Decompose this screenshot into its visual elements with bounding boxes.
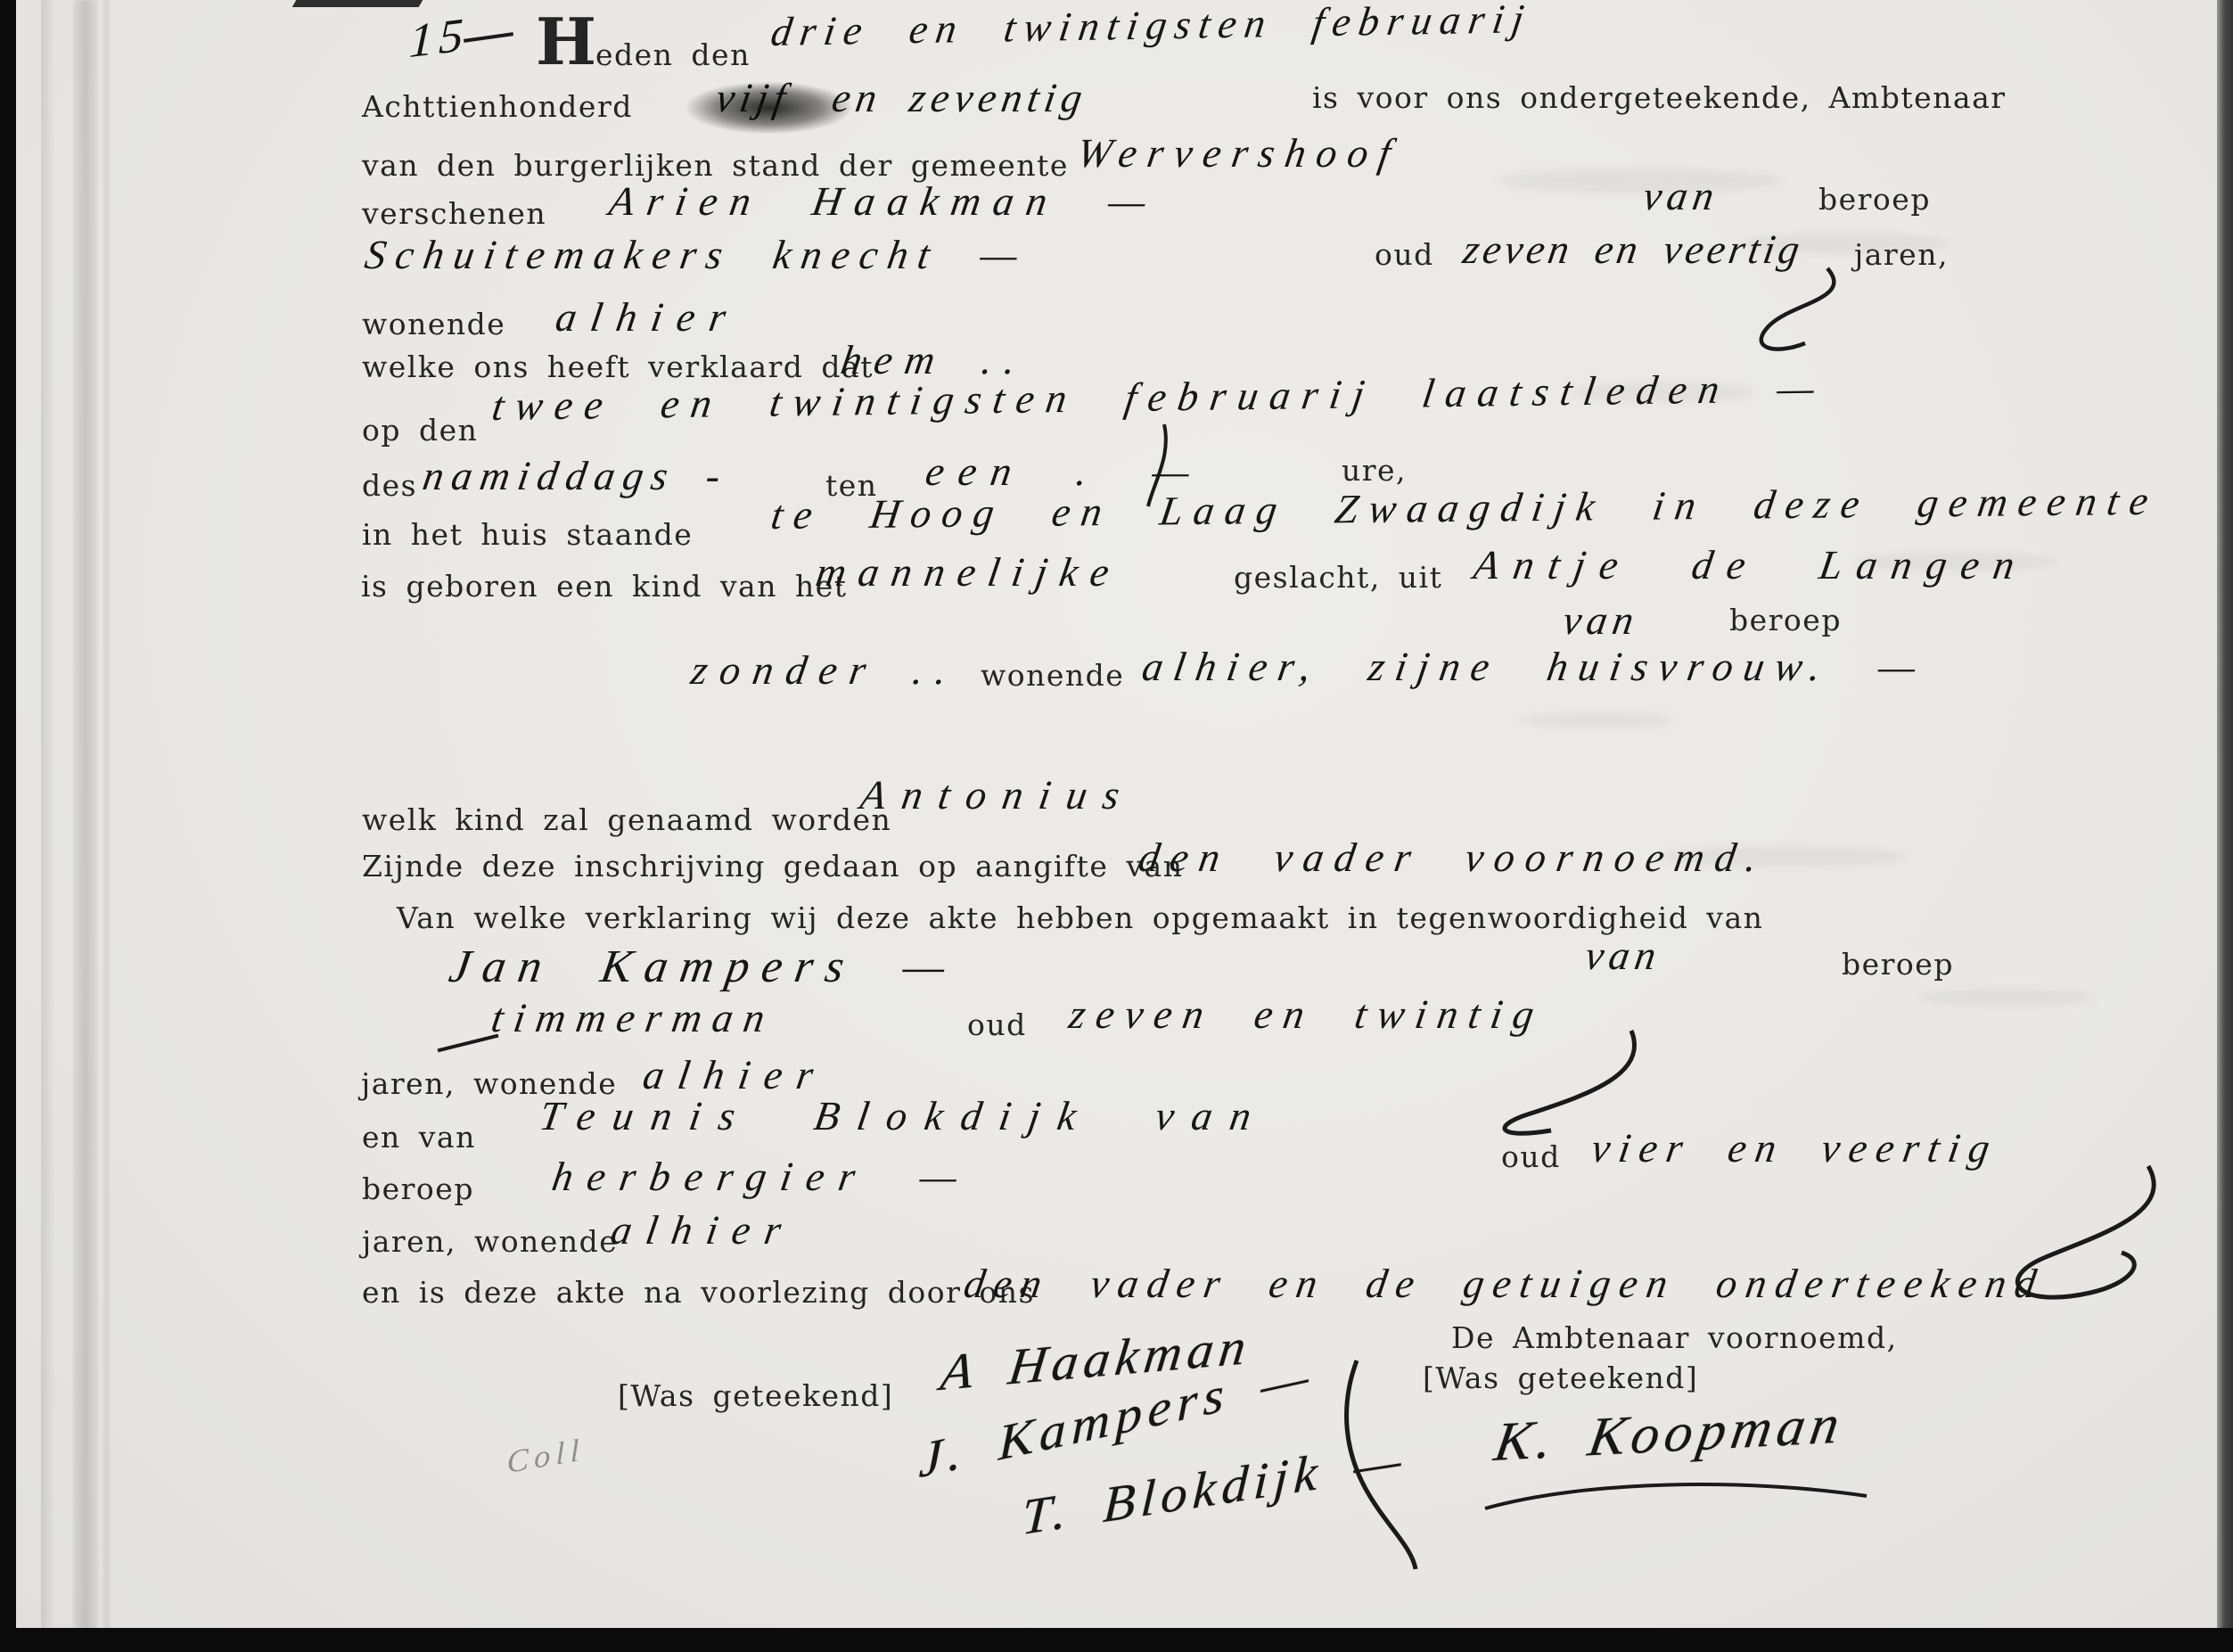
scan-edge-right <box>2217 0 2233 1652</box>
hw-declarant-name: Arien Haakman — <box>606 180 1162 223</box>
pen-stroke <box>464 32 513 43</box>
bleedthrough-smudge <box>1498 169 1783 193</box>
hw-witness1-occupation: timmerman <box>488 997 778 1040</box>
hw-declarant-occupation: Schuitemakers knecht — <box>362 234 1030 276</box>
hw-gemeente-name: Wervershoof <box>1074 132 1404 175</box>
hw-hour: een . — <box>923 450 1207 493</box>
pen-flourish <box>1720 263 1854 359</box>
act-number: 15 <box>408 9 470 66</box>
hw-van: van <box>1640 175 1722 218</box>
hw-witness2-age: vier en veertig <box>1589 1127 2001 1170</box>
page-fold-line <box>41 0 55 1652</box>
page-fold-line <box>103 0 110 1652</box>
signature-underline-flourish <box>1480 1473 1872 1517</box>
hw-daypart: namiddags - <box>420 455 731 497</box>
printed-witness-clause: Van welke verklaring wij deze akte hebbe… <box>397 902 1763 934</box>
hw-mother-residence-clause: alhier, zijne huisvrouw. — <box>1139 645 1929 688</box>
printed-des: des <box>362 470 417 502</box>
margin-note-coll: Coll <box>506 1434 585 1480</box>
printed-was-geteekend-right: [Was geteekend] <box>1423 1362 1698 1394</box>
hw-informant-ref: den vader voornoemd. <box>1136 836 1770 879</box>
printed-oud: oud <box>1375 239 1434 271</box>
hw-declarant-residence: alhier <box>553 296 743 339</box>
printed-oud: oud <box>1501 1141 1561 1173</box>
scan-edge-left <box>0 0 16 1652</box>
hw-mother-occupation: zonder .. <box>688 649 962 692</box>
printed-was-geteekend-left: [Was geteekend] <box>618 1380 893 1412</box>
hw-act-date: drie en twintigsten februarij <box>768 0 1535 53</box>
printed-closing-clause: en is deze akte na voorlezing door ons <box>362 1277 1035 1309</box>
printed-beroep: beroep <box>362 1173 474 1205</box>
hw-witness2-name: Teunis Blokdijk van <box>537 1095 1272 1138</box>
scan-edge-bottom <box>0 1628 2233 1652</box>
hw-witness2-occupation: herbergier — <box>549 1155 974 1198</box>
hw-child-name: Antonius <box>858 774 1138 817</box>
printed-ambtenaar-caption: De Ambtenaar voornoemd, <box>1451 1322 1898 1354</box>
hw-van: van <box>1560 599 1642 642</box>
printed-achttienhonderd: Achttienhonderd <box>362 91 633 123</box>
page-fold-line <box>73 0 98 1652</box>
printed-heden-den: eden den <box>595 39 751 71</box>
printed-oud: oud <box>967 1009 1027 1041</box>
signature-official: K. Koopman <box>1490 1396 1849 1472</box>
hw-year-word1: vijf <box>713 77 793 119</box>
printed-initial-H: H <box>536 16 598 68</box>
printed-ambtenaar-clause: is voor ons ondergeteekende, Ambtenaar <box>1312 82 2007 114</box>
hw-witness1-name: Jan Kampers — <box>446 943 961 992</box>
hw-van: van <box>1582 934 1664 977</box>
hw-child-gender: mannelijke <box>813 551 1124 594</box>
printed-beroep: beroep <box>1729 604 1842 637</box>
printed-naming-clause: welk kind zal genaamd worden <box>362 804 891 836</box>
hw-mother-name: Antje de Langen <box>1471 544 2032 587</box>
hw-witness1-residence: alhier <box>640 1054 831 1097</box>
printed-wonende: wonende <box>981 660 1124 692</box>
hw-year-word2: en zeventig <box>829 77 1090 119</box>
printed-aangifte-clause: Zijnde deze inschrijving gedaan op aangi… <box>362 851 1183 883</box>
printed-gemeente-clause: van den burgerlijken stand der gemeente <box>362 150 1069 182</box>
bleedthrough-smudge <box>1515 713 1676 727</box>
printed-geboren-clause: is geboren een kind van het <box>361 571 848 603</box>
printed-jaren-wonende: jaren, wonende <box>362 1226 618 1258</box>
printed-en-van: en van <box>362 1122 476 1154</box>
printed-jaren: jaren, <box>1854 239 1949 271</box>
printed-geslacht-uit: geslacht, uit <box>1234 562 1442 594</box>
hw-witness2-residence: alhier <box>608 1209 799 1252</box>
printed-verschenen: verschenen <box>362 198 546 230</box>
printed-beroep: beroep <box>1842 949 1954 981</box>
hw-closing-clause: den vader en de getuigen onderteekend <box>961 1262 2048 1305</box>
scan-edge-top-mark <box>292 0 423 7</box>
document-page: 15 H eden den drie en twintigsten februa… <box>0 0 2233 1652</box>
printed-beroep: beroep <box>1818 184 1931 216</box>
printed-ure: ure, <box>1342 455 1407 487</box>
printed-wonende: wonende <box>362 308 505 341</box>
pen-flourish <box>1462 1025 1649 1141</box>
bleedthrough-smudge <box>1917 990 2095 1006</box>
printed-huis-clause: in het huis staande <box>362 519 693 551</box>
printed-op-den: op den <box>362 415 478 447</box>
hw-hem: hem .. <box>838 339 1031 382</box>
